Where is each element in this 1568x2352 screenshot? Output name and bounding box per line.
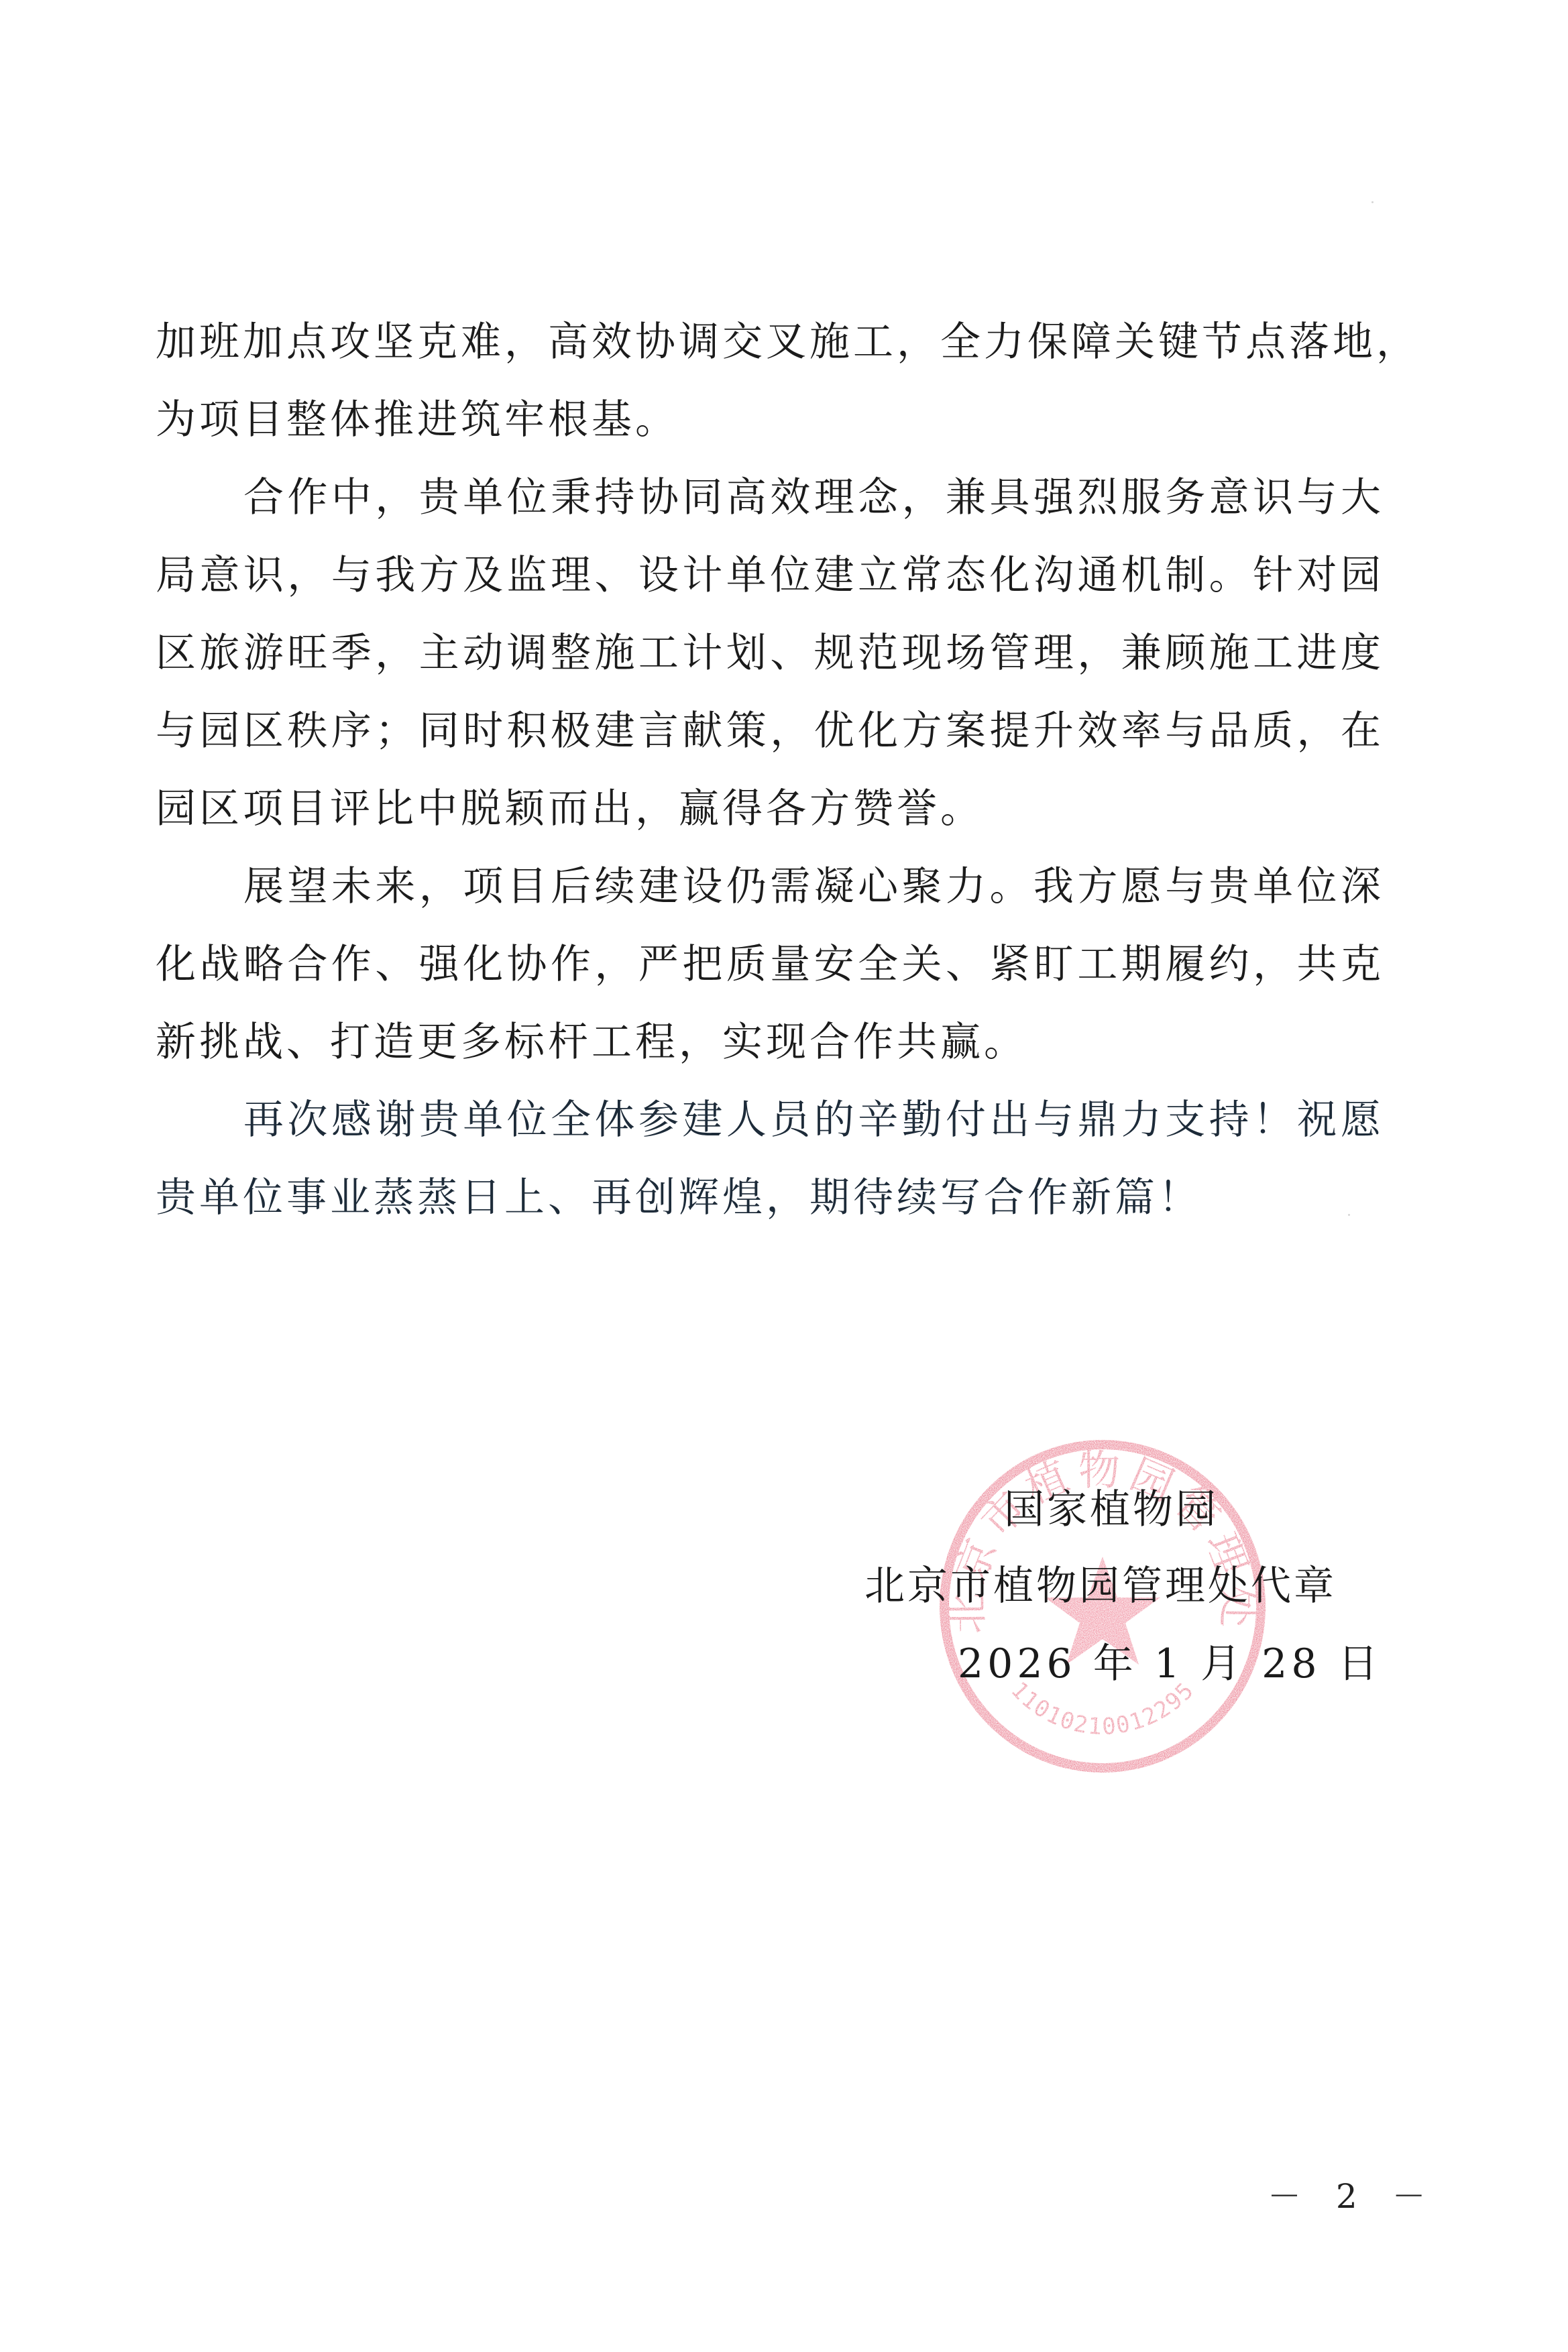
scan-speck [1348,1214,1350,1216]
scan-speck [1371,201,1374,203]
text-line: 园区项目评比中脱颖而出，赢得各方赞誉。 [156,770,1384,848]
letter-body: 加班加点攻坚克难，高效协调交叉施工，全力保障关键节点落地， 为项目整体推进筑牢根… [156,303,1384,1237]
paragraph-cooperation: 合作中，贵单位秉持协同高效理念，兼具强烈服务意识与大 局意识，与我方及监理、设计… [156,459,1384,848]
text-line: 合作中，贵单位秉持协同高效理念，兼具强烈服务意识与大 [156,459,1384,537]
seal-stamp-icon: 北京市植物园管理处 110102100122​95 [939,1439,1266,1773]
text-line: 局意识，与我方及监理、设计单位建立常态化沟通机制。针对园 [156,537,1384,614]
paragraph-thanks: 再次感谢贵单位全体参建人员的辛勤付出与鼎力支持！祝愿 贵单位事业蒸蒸日上、再创辉… [156,1081,1384,1237]
page-number: － 2 － [1268,2176,1438,2217]
text-line: 展望未来，项目后续建设仍需凝心聚力。我方愿与贵单位深 [156,848,1384,926]
text-line: 新挑战、打造更多标杆工程，实现合作共赢。 [156,1003,1384,1081]
text-line: 贵单位事业蒸蒸日上、再创辉煌，期待续写合作新篇！ [156,1159,1384,1237]
official-seal: 北京市植物园管理处 110102100122​95 [939,1439,1266,1773]
text-line: 为项目整体推进筑牢根基。 [156,381,1384,459]
text-line: 与园区秩序；同时积极建言献策，优化方案提升效率与品质，在 [156,692,1384,770]
text-line: 化战略合作、强化协作，严把质量安全关、紧盯工期履约，共克 [156,926,1384,1003]
svg-text:110102100122​95: 110102100122​95 [1005,1677,1200,1740]
paragraph-outlook: 展望未来，项目后续建设仍需凝心聚力。我方愿与贵单位深 化战略合作、强化协作，严把… [156,848,1384,1081]
text-line: 再次感谢贵单位全体参建人员的辛勤付出与鼎力支持！祝愿 [156,1081,1384,1159]
paragraph-continued: 加班加点攻坚克难，高效协调交叉施工，全力保障关键节点落地， 为项目整体推进筑牢根… [156,303,1384,459]
text-line: 区旅游旺季，主动调整施工计划、规范现场管理，兼顾施工进度 [156,614,1384,692]
text-line: 加班加点攻坚克难，高效协调交叉施工，全力保障关键节点落地， [156,303,1384,381]
document-page: 加班加点攻坚克难，高效协调交叉施工，全力保障关键节点落地， 为项目整体推进筑牢根… [0,0,1568,2352]
